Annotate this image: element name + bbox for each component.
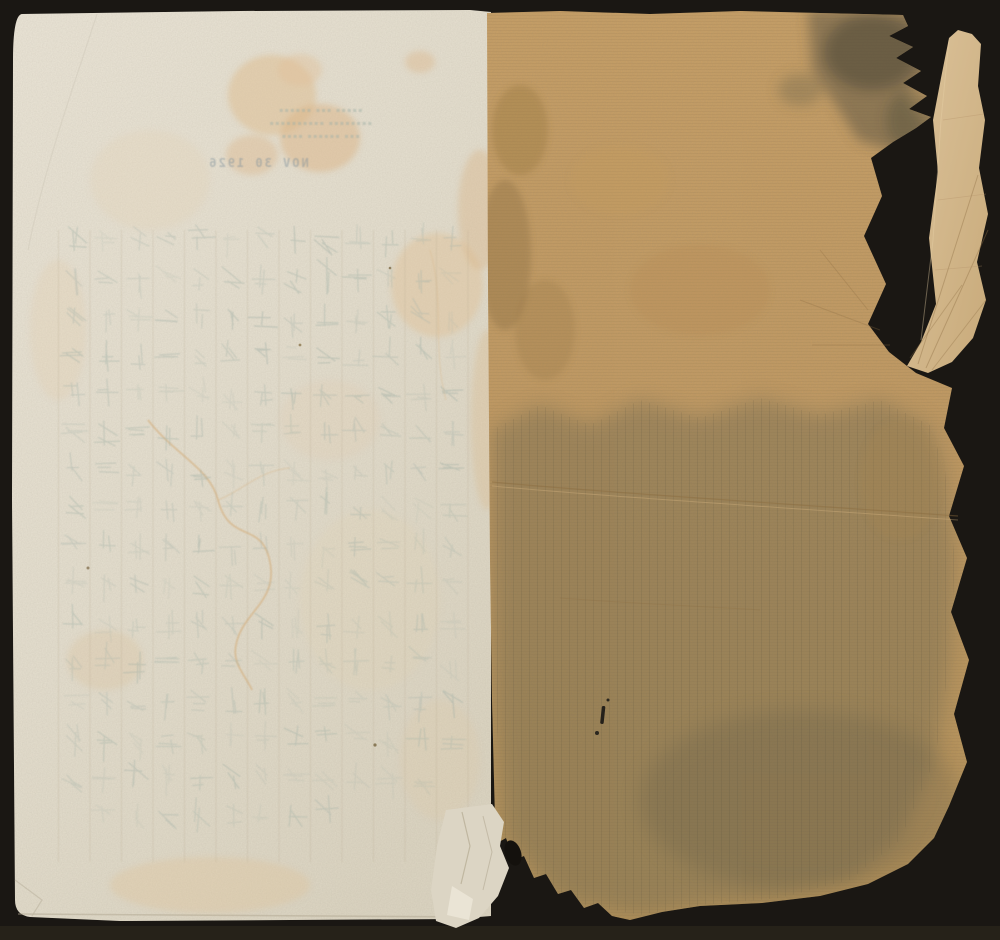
mat-bottom-strip <box>0 926 1000 940</box>
left-page <box>10 8 503 924</box>
scan-canvas: ▪▪▪▪▪ ▪▪▪ ▪▪▪▪▪▪ ▪▪▪▪▪▪▪▪ ▪▪▪▪▪▪▪▪▪▪ ▪▪▪… <box>0 0 1000 940</box>
manuscript-spread <box>0 0 1000 940</box>
